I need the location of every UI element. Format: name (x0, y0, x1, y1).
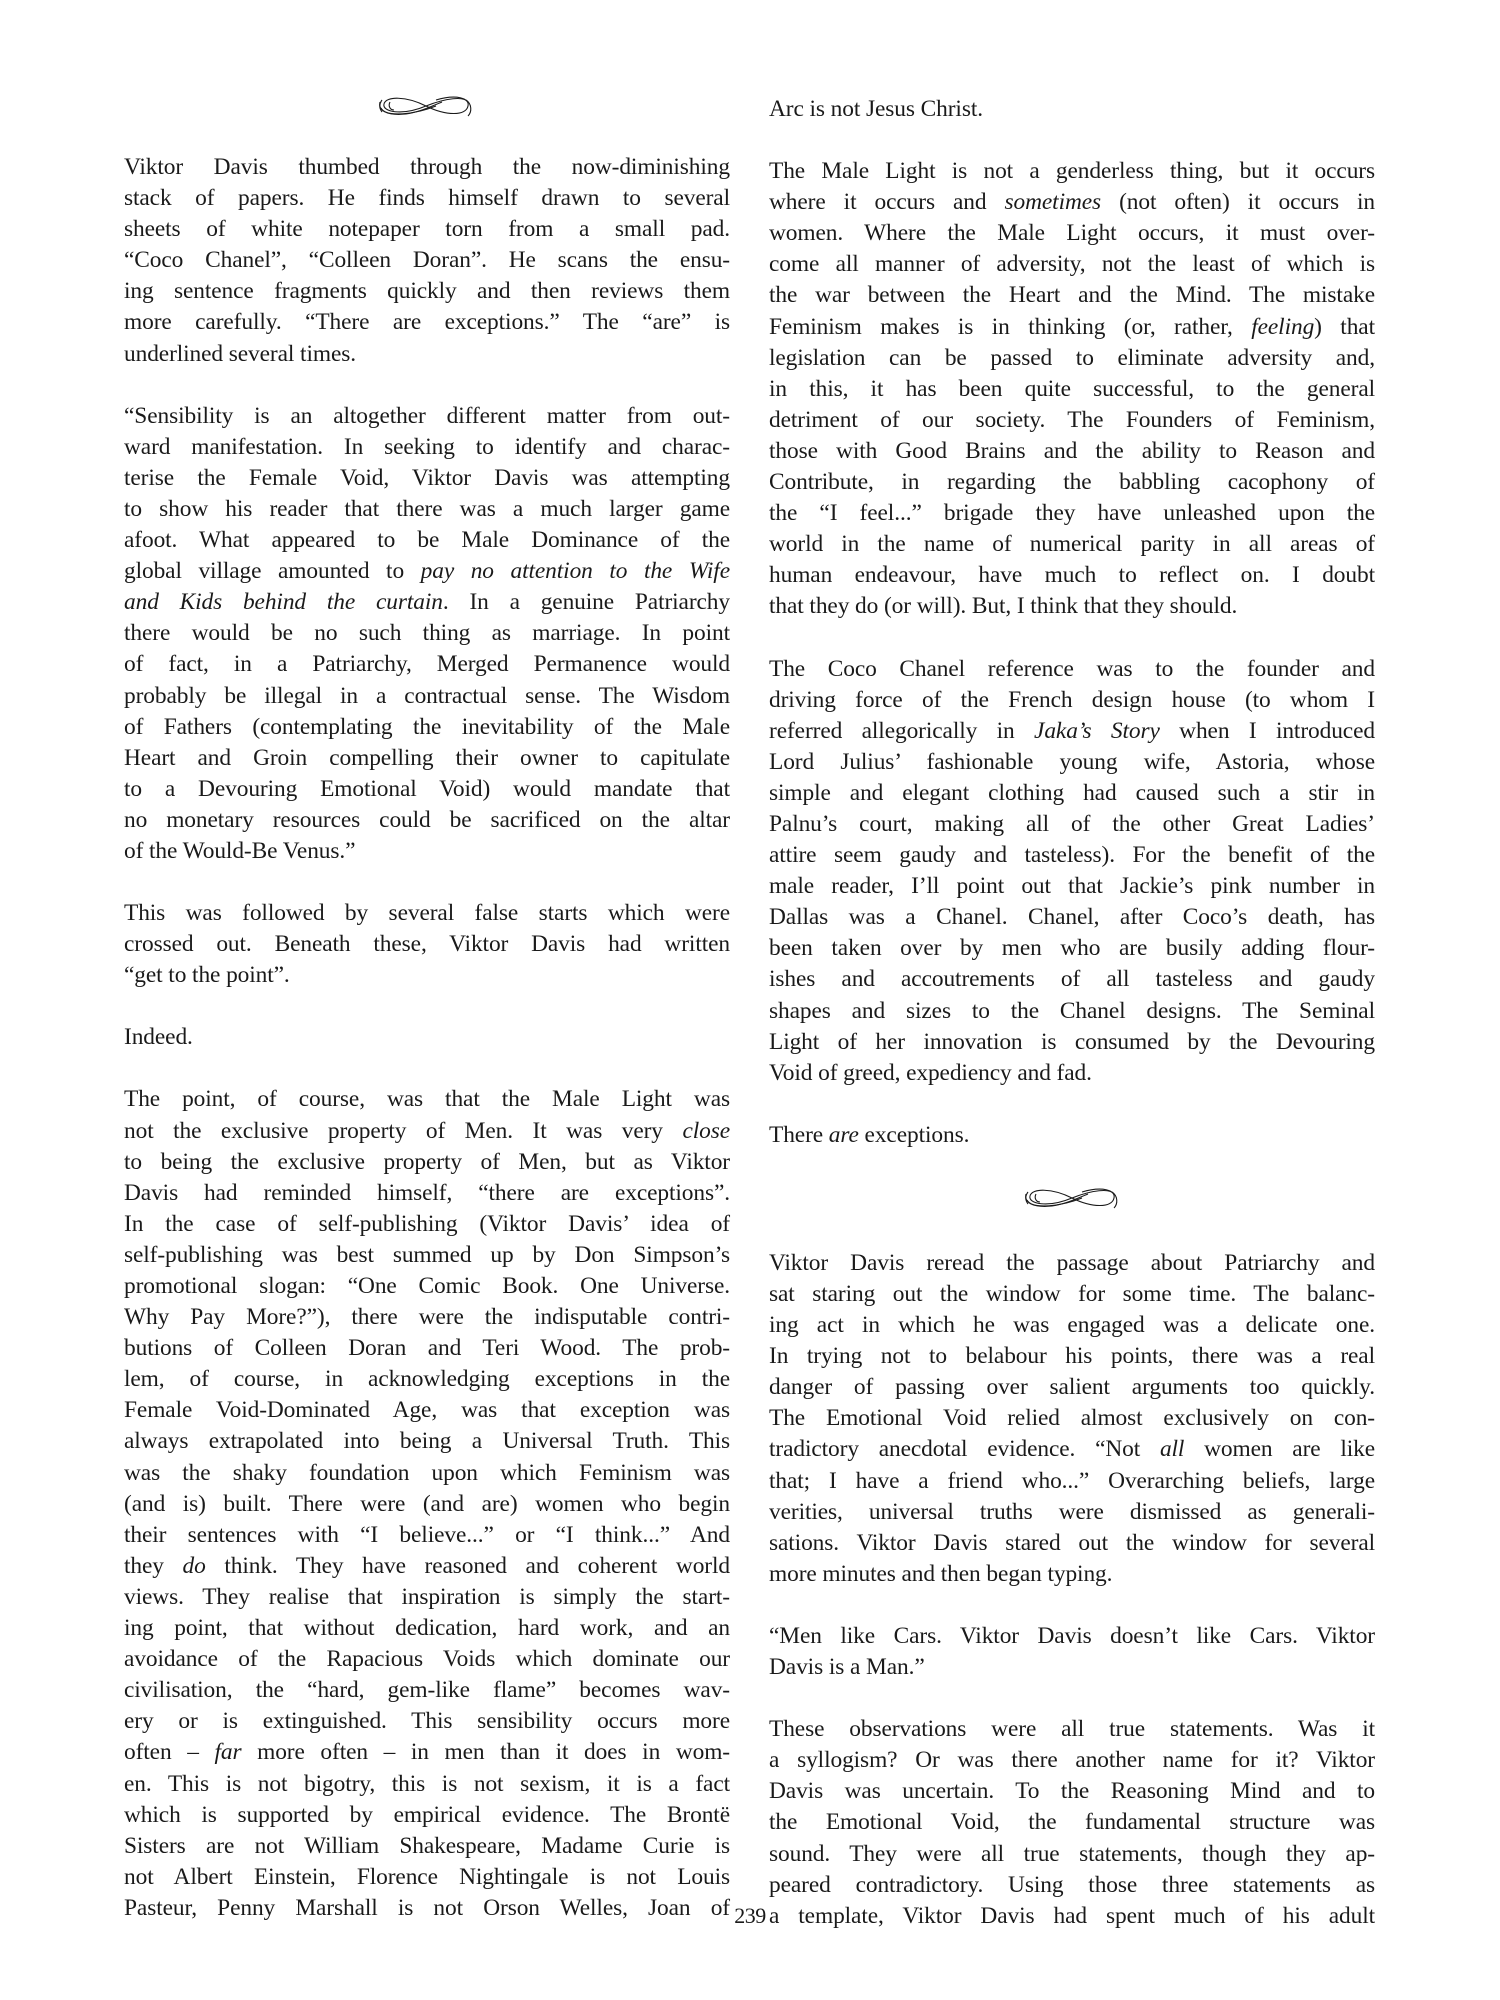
infinity-flourish-icon (1022, 1182, 1122, 1214)
text-line: Why Pay More?”), there were the indisput… (124, 1302, 730, 1333)
section-break-ornament (769, 1182, 1375, 1214)
text-line: Sisters are not William Shakespeare, Mad… (124, 1831, 730, 1862)
text-line: There are exceptions. (769, 1120, 1375, 1151)
text-line: where it occurs and sometimes (not often… (769, 187, 1375, 218)
text-line: to show his reader that there was a much… (124, 494, 730, 525)
text-line: The Coco Chanel reference was to the fou… (769, 654, 1375, 685)
text-line: The Emotional Void relied almost exclusi… (769, 1403, 1375, 1434)
paragraph: Viktor Davis reread the passage about Pa… (769, 1248, 1375, 1590)
text-line: of the Would-Be Venus.” (124, 836, 730, 867)
text-line: Heart and Groin compelling their owner t… (124, 743, 730, 774)
text-line: and Kids behind the curtain. In a genuin… (124, 587, 730, 618)
text-line: that; I have a friend who...” Overarchin… (769, 1466, 1375, 1497)
text-line: Lord Julius’ fashionable young wife, Ast… (769, 747, 1375, 778)
text-line: was the shaky foundation upon which Femi… (124, 1458, 730, 1489)
paragraph: Arc is not Jesus Christ. (769, 94, 1375, 125)
text-line: always extrapolated into being a Univers… (124, 1426, 730, 1457)
text-line: which is supported by empirical evidence… (124, 1800, 730, 1831)
right-column: Arc is not Jesus Christ.The Male Light i… (769, 94, 1375, 1963)
text-line: to being the exclusive property of Men, … (124, 1147, 730, 1178)
text-line: in this, it has been quite successful, t… (769, 374, 1375, 405)
emphasis: all (1160, 1436, 1184, 1462)
text-line: crossed out. Beneath these, Viktor Davis… (124, 929, 730, 960)
text-line: sound. They were all true statements, th… (769, 1839, 1375, 1870)
text-line: Davis was uncertain. To the Reasoning Mi… (769, 1776, 1375, 1807)
page-number: 239 (0, 1903, 1500, 1929)
text-line: the Emotional Void, the fundamental stru… (769, 1807, 1375, 1838)
text-line: (and is) built. There were (and are) wom… (124, 1489, 730, 1520)
text-line: The Male Light is not a genderless thing… (769, 156, 1375, 187)
text-line: underlined several times. (124, 339, 730, 370)
text-line: simple and elegant clothing had caused s… (769, 778, 1375, 809)
text-line: lem, of course, in acknowledging excepti… (124, 1364, 730, 1395)
right-column-before-ornament: Arc is not Jesus Christ.The Male Light i… (769, 94, 1375, 1151)
text-line: they do think. They have reasoned and co… (124, 1551, 730, 1582)
text-line: ing sentence fragments quickly and then … (124, 276, 730, 307)
text-line: often – far more often – in men than it … (124, 1737, 730, 1768)
text-line: danger of passing over salient arguments… (769, 1372, 1375, 1403)
paragraph: These observations were all true stateme… (769, 1714, 1375, 1932)
text-line: civilisation, the “hard, gem-like flame”… (124, 1675, 730, 1706)
text-line: en. This is not bigotry, this is not sex… (124, 1769, 730, 1800)
emphasis: far (214, 1739, 241, 1765)
text-line: ishes and accoutrements of all tasteless… (769, 964, 1375, 995)
text-line: women. Where the Male Light occurs, it m… (769, 218, 1375, 249)
paragraph: Viktor Davis thumbed through the now-dim… (124, 152, 730, 370)
text-line: butions of Colleen Doran and Teri Wood. … (124, 1333, 730, 1364)
text-line: ery or is extinguished. This sensibility… (124, 1706, 730, 1737)
text-line: driving force of the French design house… (769, 685, 1375, 716)
text-line: Viktor Davis reread the passage about Pa… (769, 1248, 1375, 1279)
text-line: of fact, in a Patriarchy, Merged Permane… (124, 649, 730, 680)
text-line: Indeed. (124, 1022, 730, 1053)
text-line: the war between the Heart and the Mind. … (769, 280, 1375, 311)
emphasis: pay no attention to the Wife (421, 558, 730, 584)
text-line: ing point, that without dedication, hard… (124, 1613, 730, 1644)
text-line: sations. Viktor Davis stared out the win… (769, 1528, 1375, 1559)
text-line: a syllogism? Or was there another name f… (769, 1745, 1375, 1776)
text-line: ing act in which he was engaged was a de… (769, 1310, 1375, 1341)
text-line: to a Devouring Emotional Void) would man… (124, 774, 730, 805)
text-line: not the exclusive property of Men. It wa… (124, 1116, 730, 1147)
text-line: ward manifestation. In seeking to identi… (124, 432, 730, 463)
text-line: shapes and sizes to the Chanel designs. … (769, 996, 1375, 1027)
text-line: Dallas was a Chanel. Chanel, after Coco’… (769, 902, 1375, 933)
text-line: “get to the point”. (124, 960, 730, 991)
text-line: afoot. What appeared to be Male Dominanc… (124, 525, 730, 556)
section-break-ornament (376, 90, 476, 122)
text-line: self-publishing was best summed up by Do… (124, 1240, 730, 1271)
emphasis: and Kids behind the curtain (124, 589, 443, 615)
text-line: no monetary resources could be sacrifice… (124, 805, 730, 836)
text-line: their sentences with “I believe...” or “… (124, 1520, 730, 1551)
text-line: male reader, I’ll point out that Jackie’… (769, 871, 1375, 902)
text-line: Light of her innovation is consumed by t… (769, 1027, 1375, 1058)
emphasis: feeling (1251, 314, 1314, 340)
text-line: of Fathers (contemplating the inevitabil… (124, 712, 730, 743)
paragraph: There are exceptions. (769, 1120, 1375, 1151)
paragraph: This was followed by several false start… (124, 898, 730, 991)
text-line: global village amounted to pay no attent… (124, 556, 730, 587)
text-line: attire seem gaudy and tasteless). For th… (769, 840, 1375, 871)
text-line: This was followed by several false start… (124, 898, 730, 929)
text-line: been taken over by men who are busily ad… (769, 933, 1375, 964)
text-line: tradictory anecdotal evidence. “Not all … (769, 1434, 1375, 1465)
text-line: The point, of course, was that the Male … (124, 1084, 730, 1115)
text-line: more minutes and then began typing. (769, 1559, 1375, 1590)
text-line: These observations were all true stateme… (769, 1714, 1375, 1745)
text-line: Palnu’s court, making all of the other G… (769, 809, 1375, 840)
text-line: Contribute, in regarding the babbling ca… (769, 467, 1375, 498)
text-line: sheets of white notepaper torn from a sm… (124, 214, 730, 245)
text-line: Davis is a Man.” (769, 1652, 1375, 1683)
paragraph: The point, of course, was that the Male … (124, 1084, 730, 1924)
emphasis: sometimes (1005, 189, 1102, 215)
text-line: terise the Female Void, Viktor Davis was… (124, 463, 730, 494)
text-line: world in the name of numerical parity in… (769, 529, 1375, 560)
text-line: Davis had reminded himself, “there are e… (124, 1178, 730, 1209)
text-line: avoidance of the Rapacious Voids which d… (124, 1644, 730, 1675)
text-line: Female Void-Dominated Age, was that exce… (124, 1395, 730, 1426)
emphasis: are (829, 1122, 859, 1148)
text-line: promotional slogan: “One Comic Book. One… (124, 1271, 730, 1302)
text-line: peared contradictory. Using those three … (769, 1870, 1375, 1901)
text-line: Void of greed, expediency and fad. (769, 1058, 1375, 1089)
text-line: views. They realise that inspiration is … (124, 1582, 730, 1613)
emphasis: close (682, 1118, 730, 1144)
emphasis: do (183, 1553, 206, 1579)
text-line: In trying not to belabour his points, th… (769, 1341, 1375, 1372)
text-line: detriment of our society. The Founders o… (769, 405, 1375, 436)
emphasis: Jaka’s Story (1034, 718, 1160, 744)
paragraph: “Sensibility is an altogether different … (124, 401, 730, 867)
text-line: stack of papers. He finds himself drawn … (124, 183, 730, 214)
text-line: “Sensibility is an altogether different … (124, 401, 730, 432)
text-line: Feminism makes is in thinking (or, rathe… (769, 312, 1375, 343)
text-line: those with Good Brains and the ability t… (769, 436, 1375, 467)
text-line: sat staring out the window for some time… (769, 1279, 1375, 1310)
text-line: not Albert Einstein, Florence Nightingal… (124, 1862, 730, 1893)
text-line: human endeavour, have much to reflect on… (769, 560, 1375, 591)
right-column-after-ornament: Viktor Davis reread the passage about Pa… (769, 1248, 1375, 1932)
paragraph: Indeed. (124, 1022, 730, 1053)
text-line: verities, universal truths were dismisse… (769, 1497, 1375, 1528)
text-line: there would be no such thing as marriage… (124, 618, 730, 649)
text-line: In the case of self-publishing (Viktor D… (124, 1209, 730, 1240)
paragraph: The Coco Chanel reference was to the fou… (769, 654, 1375, 1089)
text-line: Viktor Davis thumbed through the now-dim… (124, 152, 730, 183)
paragraph: The Male Light is not a genderless thing… (769, 156, 1375, 622)
text-line: referred allegorically in Jaka’s Story w… (769, 716, 1375, 747)
text-line: that they do (or will). But, I think tha… (769, 591, 1375, 622)
text-line: come all manner of adversity, not the le… (769, 249, 1375, 280)
text-line: Arc is not Jesus Christ. (769, 94, 1375, 125)
text-line: more carefully. “There are exceptions.” … (124, 307, 730, 338)
infinity-flourish-icon (376, 90, 476, 122)
text-line: probably be illegal in a contractual sen… (124, 681, 730, 712)
text-line: the “I feel...” brigade they have unleas… (769, 498, 1375, 529)
paragraph: “Men like Cars. Viktor Davis doesn’t lik… (769, 1621, 1375, 1683)
text-line: “Men like Cars. Viktor Davis doesn’t lik… (769, 1621, 1375, 1652)
text-line: “Coco Chanel”, “Colleen Doran”. He scans… (124, 245, 730, 276)
text-line: legislation can be passed to eliminate a… (769, 343, 1375, 374)
left-column: Viktor Davis thumbed through the now-dim… (124, 152, 730, 1955)
